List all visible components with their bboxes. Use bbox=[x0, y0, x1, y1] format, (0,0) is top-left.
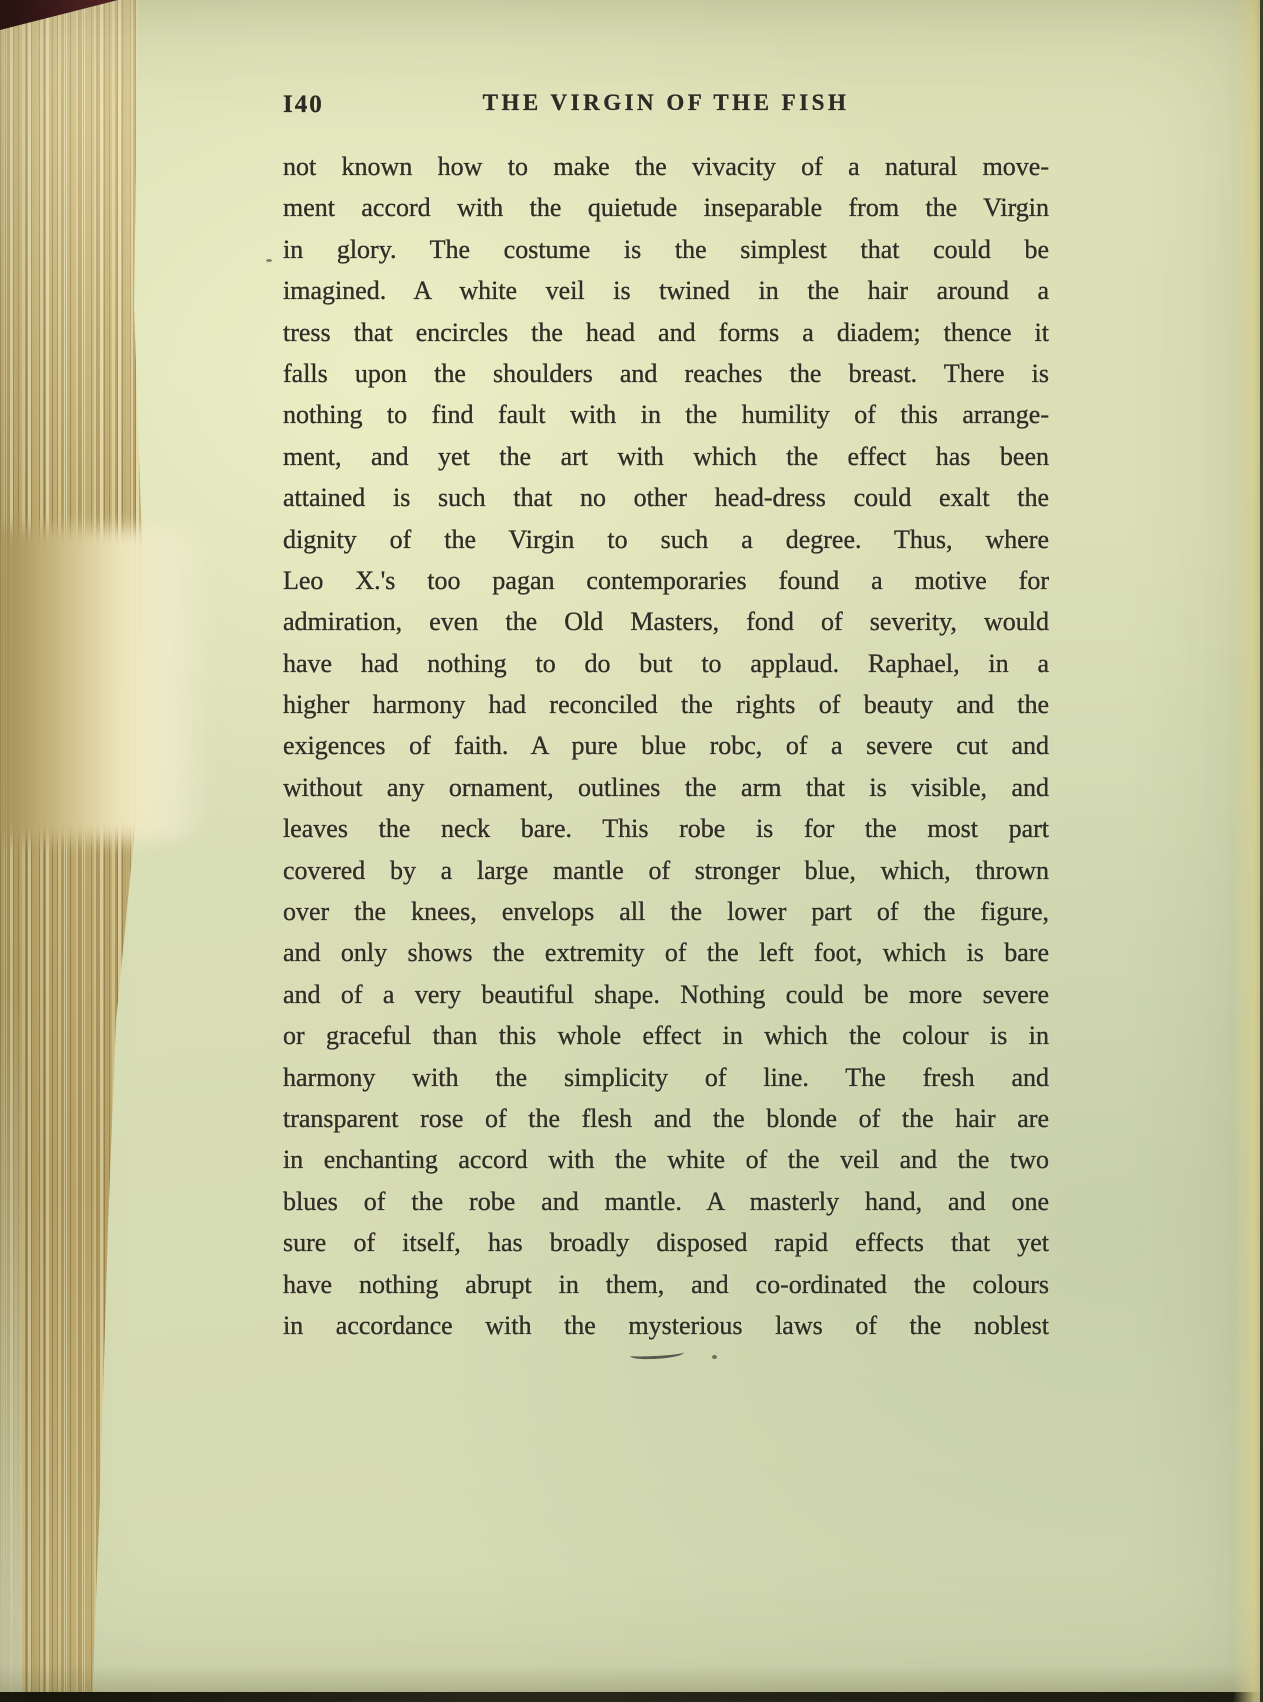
text-line: Leo X.'s too pagan contemporaries found … bbox=[283, 560, 1049, 601]
running-title: THE VIRGIN OF THE FISH bbox=[283, 90, 1049, 116]
text-line: not known how to make the vivacity of a … bbox=[283, 146, 1049, 187]
text-line: over the knees, envelops all the lower p… bbox=[283, 891, 1049, 932]
text-line: nothing to find fault with in the humili… bbox=[283, 394, 1049, 435]
text-line: ment, and yet the art with which the eff… bbox=[283, 436, 1049, 477]
pencil-dot-mark bbox=[712, 1355, 717, 1359]
pencil-underline-mark bbox=[630, 1348, 684, 1360]
text-line: exigences of faith. A pure blue robc, of… bbox=[283, 725, 1049, 766]
text-line: ment accord with the quietude inseparabl… bbox=[283, 187, 1049, 228]
text-line: or graceful than this whole effect in wh… bbox=[283, 1015, 1049, 1056]
bottom-dark-strip bbox=[0, 1692, 1263, 1702]
book-page-photo: I40 THE VIRGIN OF THE FISH not known how… bbox=[0, 0, 1263, 1702]
text-line: have nothing abrupt in them, and co-ordi… bbox=[283, 1264, 1049, 1305]
text-line: blues of the robe and mantle. A masterly… bbox=[283, 1181, 1049, 1222]
text-line: tress that encircles the head and forms … bbox=[283, 312, 1049, 353]
ink-speck-artifact bbox=[266, 259, 272, 262]
text-line: leaves the neck bare. This robe is for t… bbox=[283, 808, 1049, 849]
text-line: attained is such that no other head-dres… bbox=[283, 477, 1049, 518]
text-line: falls upon the shoulders and reaches the… bbox=[283, 353, 1049, 394]
page-edge-fade bbox=[0, 987, 22, 1702]
right-page-curl-highlight bbox=[1233, 0, 1263, 1702]
text-line: have had nothing to do but to applaud. R… bbox=[283, 643, 1049, 684]
text-line: in enchanting accord with the white of t… bbox=[283, 1139, 1049, 1180]
text-line: admiration, even the Old Masters, fond o… bbox=[283, 601, 1049, 642]
bottom-shadow-gradient bbox=[0, 1666, 1263, 1692]
text-line: in glory. The costume is the simplest th… bbox=[283, 229, 1049, 270]
text-line: and only shows the extremity of the left… bbox=[283, 932, 1049, 973]
text-line: in accordance with the mysterious laws o… bbox=[283, 1305, 1049, 1346]
body-text: not known how to make the vivacity of a … bbox=[283, 146, 1049, 1346]
text-line: higher harmony had reconciled the rights… bbox=[283, 684, 1049, 725]
text-line: imagined. A white veil is twined in the … bbox=[283, 270, 1049, 311]
text-line: sure of itself, has broadly disposed rap… bbox=[283, 1222, 1049, 1263]
text-line: without any ornament, outlines the arm t… bbox=[283, 767, 1049, 808]
text-line: dignity of the Virgin to such a degree. … bbox=[283, 519, 1049, 560]
text-line: transparent rose of the flesh and the bl… bbox=[283, 1098, 1049, 1139]
text-line: and of a very beautiful shape. Nothing c… bbox=[283, 974, 1049, 1015]
running-header-row: I40 THE VIRGIN OF THE FISH bbox=[283, 90, 1049, 124]
page-edge-blur-highlight bbox=[0, 528, 212, 840]
text-line: covered by a large mantle of stronger bl… bbox=[283, 850, 1049, 891]
text-line: harmony with the simplicity of line. The… bbox=[283, 1057, 1049, 1098]
